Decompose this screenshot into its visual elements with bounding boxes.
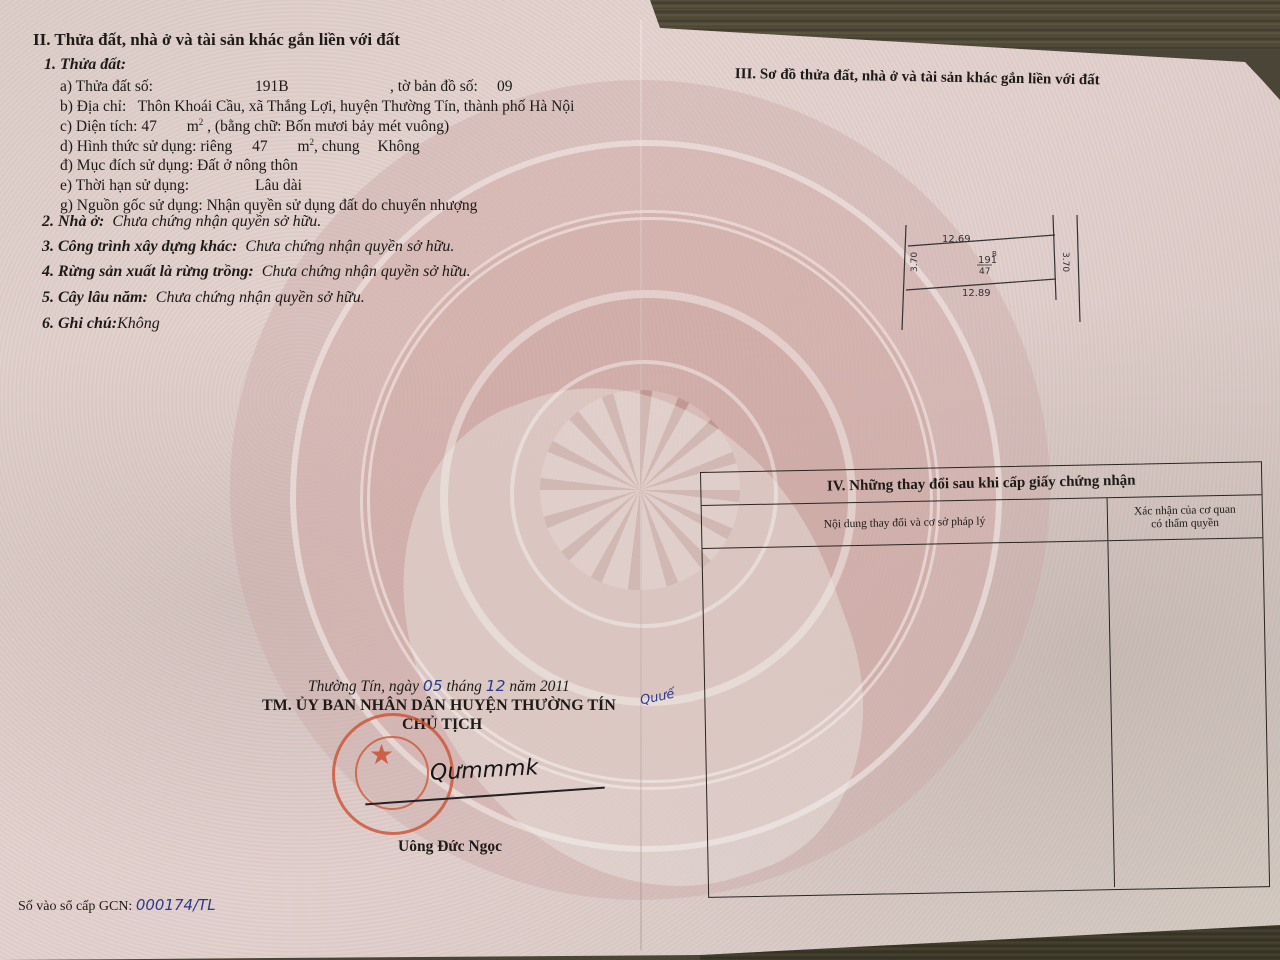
item-perennial-trees: 5. Cây lâu năm: Chưa chứng nhận quyền sở… <box>42 289 365 307</box>
area-unit: m2 <box>187 118 204 135</box>
parcel-sketch: 12.69 12.89 3.70 3.70 191 B 47 <box>880 210 1100 340</box>
registry-value: 000174/TL <box>136 896 216 914</box>
changes-table: IV. Những thay đổi sau khi cấp giấy chứn… <box>700 461 1270 898</box>
map-sheet-value: 09 <box>497 78 513 96</box>
usage-private-value: 47 <box>252 138 268 155</box>
usage-shared-value: Không <box>378 138 420 155</box>
area-label: c) Diện tích: <box>60 118 137 135</box>
usage-form-label: d) Hình thức sử dụng: riêng <box>60 138 232 155</box>
item-notes: 6. Ghi chú:Không <box>42 315 160 333</box>
sketch-parcel-area: 47 <box>979 267 990 277</box>
parcel-label: a) Thửa đất số: <box>60 78 153 95</box>
signer-name: Uông Đức Ngọc <box>398 838 502 856</box>
item-house: 2. Nhà ở: Chưa chứng nhận quyền sở hữu. <box>42 213 321 231</box>
term-value: Lâu dài <box>255 177 302 195</box>
address-value: Thôn Khoái Cầu, xã Thắng Lợi, huyện Thườ… <box>138 98 575 115</box>
parcel-value: 191B <box>255 78 289 96</box>
area-row: c) Diện tích: 47 m2 , (bằng chữ: Bốn mươ… <box>60 117 449 136</box>
sketch-left-length: 3.70 <box>910 252 920 272</box>
sketch-bottom-length: 12.89 <box>962 288 991 299</box>
sketch-parcel-suffix: B <box>992 250 997 258</box>
section-2-heading: II. Thửa đất, nhà ở và tài sản khác gắn … <box>33 30 400 50</box>
sketch-right-length: 3.70 <box>1060 252 1070 272</box>
parcel-number-row: a) Thửa đất số: 191B , tờ bản đồ số: 09 <box>60 78 153 96</box>
term-label: e) Thời hạn sử dụng: <box>60 177 189 194</box>
purpose-row: đ) Mục đích sử dụng: Đất ở nông thôn <box>60 157 298 175</box>
purpose-label: đ) Mục đích sử dụng: <box>60 157 193 174</box>
item-other-construction: 3. Công trình xây dựng khác: Chưa chứng … <box>42 238 454 256</box>
day-handwritten: 05 <box>423 677 443 695</box>
usage-form-row: d) Hình thức sử dụng: riêng 47 m2, chung… <box>60 137 420 156</box>
map-sheet-label: , tờ bản đồ số: <box>390 78 478 96</box>
area-words: , (bằng chữ: Bốn mươi bảy mét vuông) <box>207 118 449 135</box>
registry-label: Số vào sổ cấp GCN: <box>18 899 132 914</box>
origin-label: g) Nguồn gốc sử dụng: <box>60 197 203 214</box>
col-change-content: Nội dung thay đổi và cơ sở pháp lý <box>702 498 1109 548</box>
issuing-authority: TM. ỦY BAN NHÂN DÂN HUYỆN THƯỜNG TÍN <box>262 697 616 715</box>
registry-row: Số vào sổ cấp GCN: 000174/TL <box>18 896 216 915</box>
item-planted-forest: 4. Rừng sản xuất là rừng trồng: Chưa chứ… <box>42 263 471 281</box>
star-icon: ★ <box>369 738 394 771</box>
col-authority-confirmation: Xác nhận của cơ quancó thẩm quyền <box>1108 495 1263 540</box>
month-handwritten: 12 <box>486 677 506 695</box>
place-date: Thường Tín, ngày 05 tháng 12 năm 2011 <box>308 677 570 696</box>
usage-shared-label: , chung <box>314 138 360 155</box>
term-row: e) Thời hạn sử dụng: Lâu dài <box>60 177 189 195</box>
area-value: 47 <box>141 118 157 135</box>
change-content-cell <box>702 541 1115 895</box>
usage-unit: m2 <box>297 138 314 155</box>
purpose-value: Đất ở nông thôn <box>197 157 298 174</box>
address-label: b) Địa chỉ: <box>60 98 126 115</box>
page-fold <box>640 20 642 950</box>
changes-table-body <box>702 538 1269 895</box>
land-heading: 1. Thửa đất: <box>44 56 126 74</box>
origin-value: Nhận quyền sử dụng đất do chuyển nhượng <box>207 197 478 214</box>
address-row: b) Địa chỉ: Thôn Khoái Cầu, xã Thắng Lợi… <box>60 98 574 116</box>
sketch-top-length: 12.69 <box>942 234 971 245</box>
